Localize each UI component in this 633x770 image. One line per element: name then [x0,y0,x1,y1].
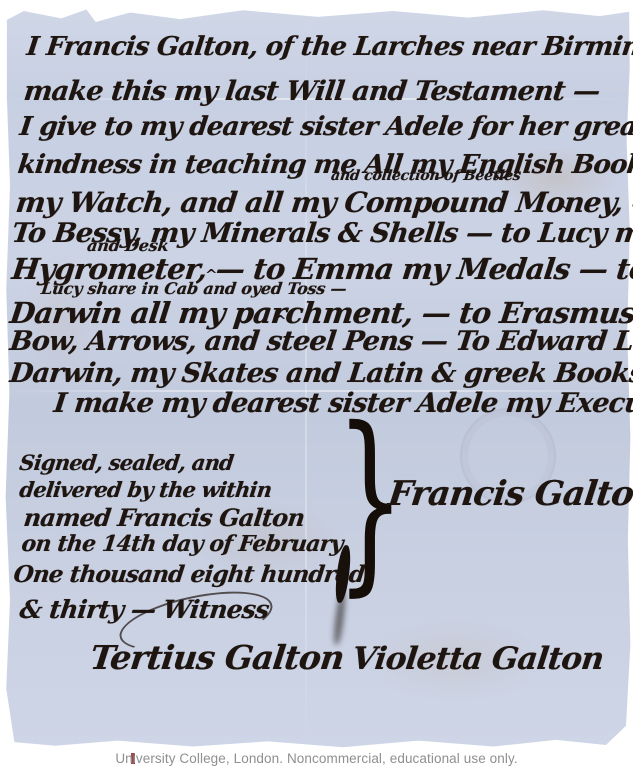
will-line: kindness in teaching me All my English B… [16,150,633,180]
scanned-will-document: I Francis Galton, of the Larches near Bi… [0,0,633,770]
attestation-line: named Francis Galton [22,503,306,532]
attestation-line: Signed, sealed, and [18,450,235,475]
will-line: Darwin, my Skates and Latin & greek Book… [8,358,633,389]
will-line: make this my last Will and Testament — [22,76,601,107]
witness-signature: Violetta Galton [350,641,605,677]
witness-signature: Tertius Galton [88,638,346,677]
attestation-line: on the 14th day of February [20,531,344,557]
testator-signature: Francis Galton [386,474,633,514]
copyright-caption: University College, London. Noncommercia… [0,751,633,766]
will-line: Bow, Arrows, and steel Pens — To Edward … [8,326,633,357]
will-line: my Watch, and all my Compound Money, — [14,186,633,219]
interlinear-insertion: and collection of Beetles [330,168,521,184]
attestation-line: One thousand eight hundred [12,561,366,588]
will-line: I give to my dearest sister Adele for he… [18,112,633,142]
attestation-line: delivered by the within [18,477,273,502]
will-line: I Francis Galton, of the Larches near Bi… [25,32,633,62]
will-line: Darwin all my parchment, — to Erasmus my [8,296,633,330]
